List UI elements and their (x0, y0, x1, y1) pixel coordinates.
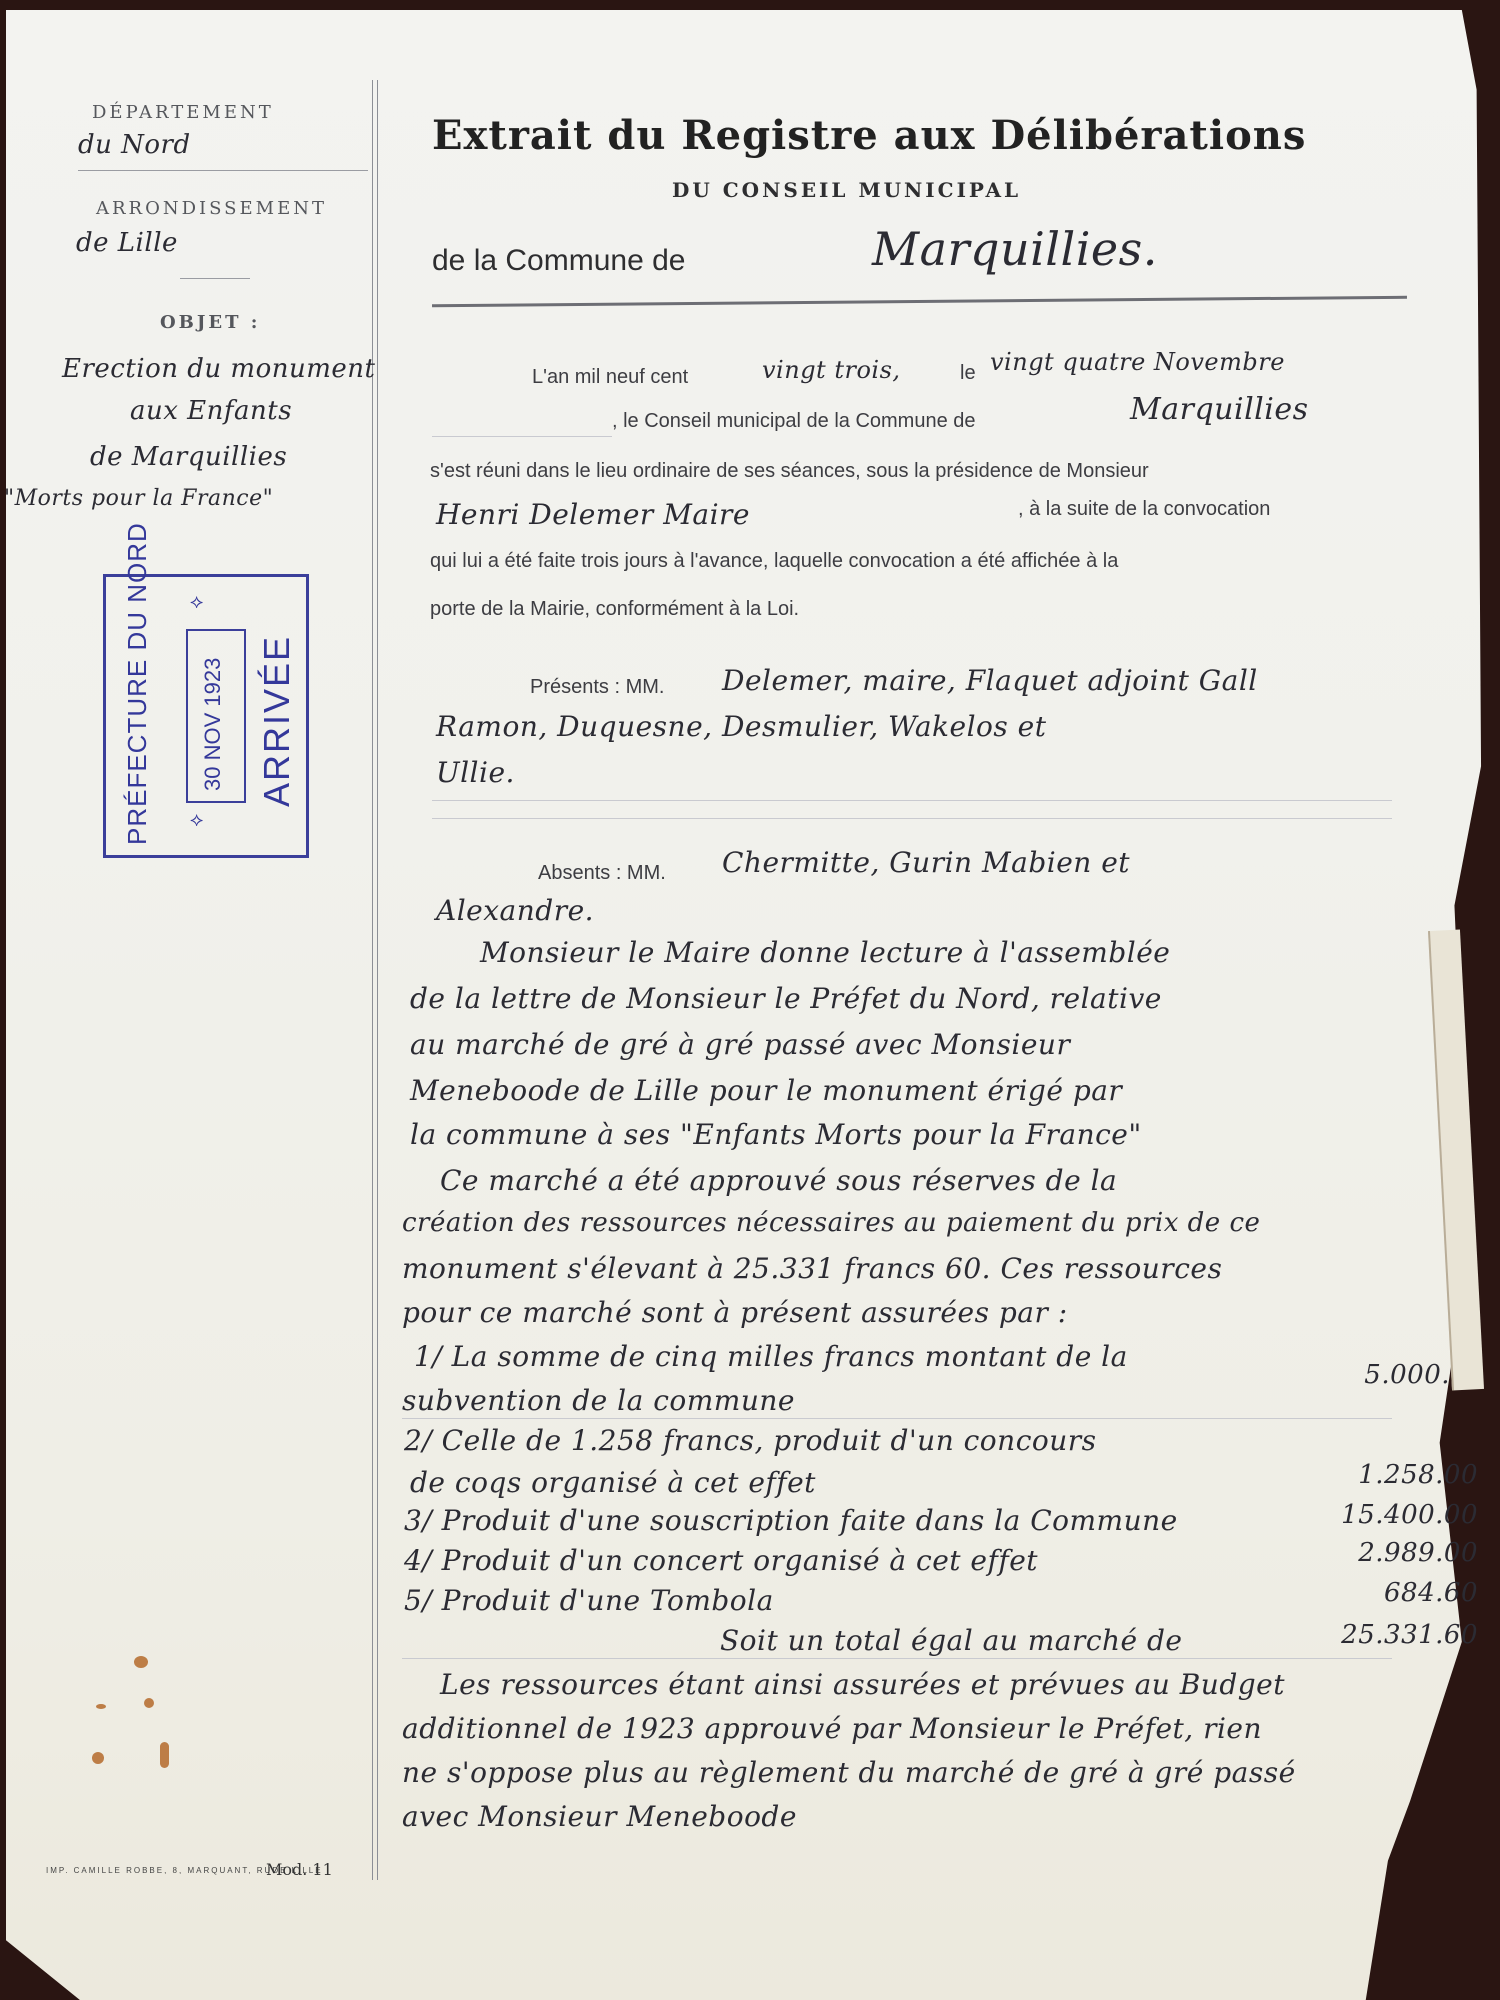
preamble-text: le (960, 362, 976, 385)
divider (78, 170, 368, 171)
president-name: Henri Delemer Maire (436, 498, 750, 531)
resource-item: de coqs organisé à cet effet (410, 1466, 816, 1499)
preamble-text: qui lui a été faite trois jours à l'avan… (430, 550, 1118, 573)
body-line: pour ce marché sont à présent assurées p… (402, 1296, 1068, 1329)
fill-line (432, 800, 1392, 801)
body-line: Meneboode de Lille pour le monument érig… (410, 1074, 1122, 1107)
objet-line: aux Enfants (130, 396, 292, 426)
stamp-date-box: 30 NOV 1923 (186, 629, 246, 803)
stamp-date: 30 NOV 1923 (200, 658, 226, 791)
resource-amount: 2.989.00 (1318, 1538, 1478, 1568)
rust-spot (160, 1742, 169, 1768)
body-line: Monsieur le Maire donne lecture à l'asse… (480, 936, 1170, 969)
objet-label: OBJET : (160, 312, 260, 333)
rust-spot (144, 1698, 154, 1708)
closing-line: Les ressources étant ainsi assurées et p… (440, 1668, 1285, 1701)
commune-label: de la Commune de (432, 244, 685, 278)
preamble-text: porte de la Mairie, conformément à la Lo… (430, 598, 799, 621)
stamp-ornament-icon: ⟡ (190, 591, 203, 614)
arrival-stamp: PRÉFECTURE DU NORD ⟡ 30 NOV 1923 ⟡ ARRIV… (103, 574, 309, 858)
departement-value: du Nord (78, 130, 191, 160)
fill-line (432, 436, 612, 437)
body-line: Ce marché a été approuvé sous réserves d… (440, 1164, 1117, 1197)
commune-name: Marquillies. (872, 222, 1158, 276)
stamp-status: ARRIVÉE (256, 635, 298, 807)
presents-line: Ullie. (436, 756, 515, 789)
closing-line: additionnel de 1923 approuvé par Monsieu… (402, 1712, 1262, 1745)
preamble-text: , à la suite de la convocation (1018, 498, 1270, 521)
presents-line: Ramon, Duquesne, Desmulier, Wakelos et (436, 710, 1047, 743)
body-line: monument s'élevant à 25.331 francs 60. C… (402, 1252, 1222, 1285)
document-subtitle: DU CONSEIL MUNICIPAL (672, 178, 1021, 202)
preamble-commune: Marquillies (1130, 392, 1309, 427)
rust-spot (96, 1704, 106, 1709)
closing-line: avec Monsieur Meneboode (402, 1800, 797, 1833)
body-line: de la lettre de Monsieur le Préfet du No… (410, 982, 1162, 1015)
absents-label: Absents : MM. (538, 862, 666, 885)
absents-line: Chermitte, Gurin Mabien et (722, 846, 1130, 879)
resource-item: 4/ Produit d'un concert organisé à cet e… (404, 1544, 1038, 1577)
divider (180, 278, 250, 279)
resource-amount: 684.60 (1318, 1578, 1478, 1608)
objet-line: Erection du monument (62, 354, 375, 384)
objet-line: de Marquillies (90, 442, 287, 472)
resource-amount: 15.400.00 (1318, 1500, 1478, 1530)
stamp-ornament-icon: ⟡ (190, 809, 203, 832)
ruled-line (402, 1658, 1392, 1659)
preamble-text: , le Conseil municipal de la Commune de (612, 410, 976, 433)
ruled-line (402, 1418, 1392, 1419)
resource-item: 2/ Celle de 1.258 francs, produit d'un c… (404, 1424, 1097, 1457)
preamble-text: L'an mil neuf cent (532, 366, 688, 389)
absents-line: Alexandre. (436, 894, 594, 927)
presents-line: Delemer, maire, Flaquet adjoint Gall (722, 664, 1258, 697)
resource-item: 1/ La somme de cinq milles francs montan… (414, 1340, 1128, 1373)
preamble-text: s'est réuni dans le lieu ordinaire de se… (430, 460, 1149, 483)
stamp-prefecture: PRÉFECTURE DU NORD (122, 522, 153, 845)
document-title: Extrait du Registre aux Délibérations (432, 112, 1306, 159)
resource-item: 3/ Produit d'une souscription faite dans… (404, 1504, 1178, 1537)
arrondissement-value: de Lille (76, 228, 178, 258)
rust-spot (92, 1752, 104, 1764)
fill-line (432, 818, 1392, 819)
preamble-date: vingt quatre Novembre (990, 348, 1285, 376)
resource-amount: 1.258.00 (1318, 1460, 1478, 1490)
rust-spot (134, 1656, 148, 1668)
objet-line: "Morts pour la France" (4, 486, 273, 511)
arrondissement-label: ARRONDISSEMENT (96, 198, 327, 219)
total-amount: 25.331.60 (1318, 1620, 1478, 1650)
resource-item: subvention de la commune (402, 1384, 795, 1417)
preamble-year: vingt trois, (762, 356, 901, 384)
closing-line: ne s'oppose plus au règlement du marché … (402, 1756, 1296, 1789)
body-line: création des ressources nécessaires au p… (402, 1208, 1260, 1238)
margin-divider (372, 80, 378, 1880)
total-label: Soit un total égal au marché de (720, 1624, 1183, 1657)
presents-label: Présents : MM. (530, 676, 664, 699)
form-model: Mod. 11 (266, 1860, 333, 1879)
body-line: la commune à ses "Enfants Morts pour la … (410, 1118, 1142, 1151)
resource-item: 5/ Produit d'une Tombola (404, 1584, 774, 1617)
resource-amount: 5.000. (1290, 1360, 1450, 1390)
body-line: au marché de gré à gré passé avec Monsie… (410, 1028, 1070, 1061)
departement-label: DÉPARTEMENT (92, 102, 274, 123)
